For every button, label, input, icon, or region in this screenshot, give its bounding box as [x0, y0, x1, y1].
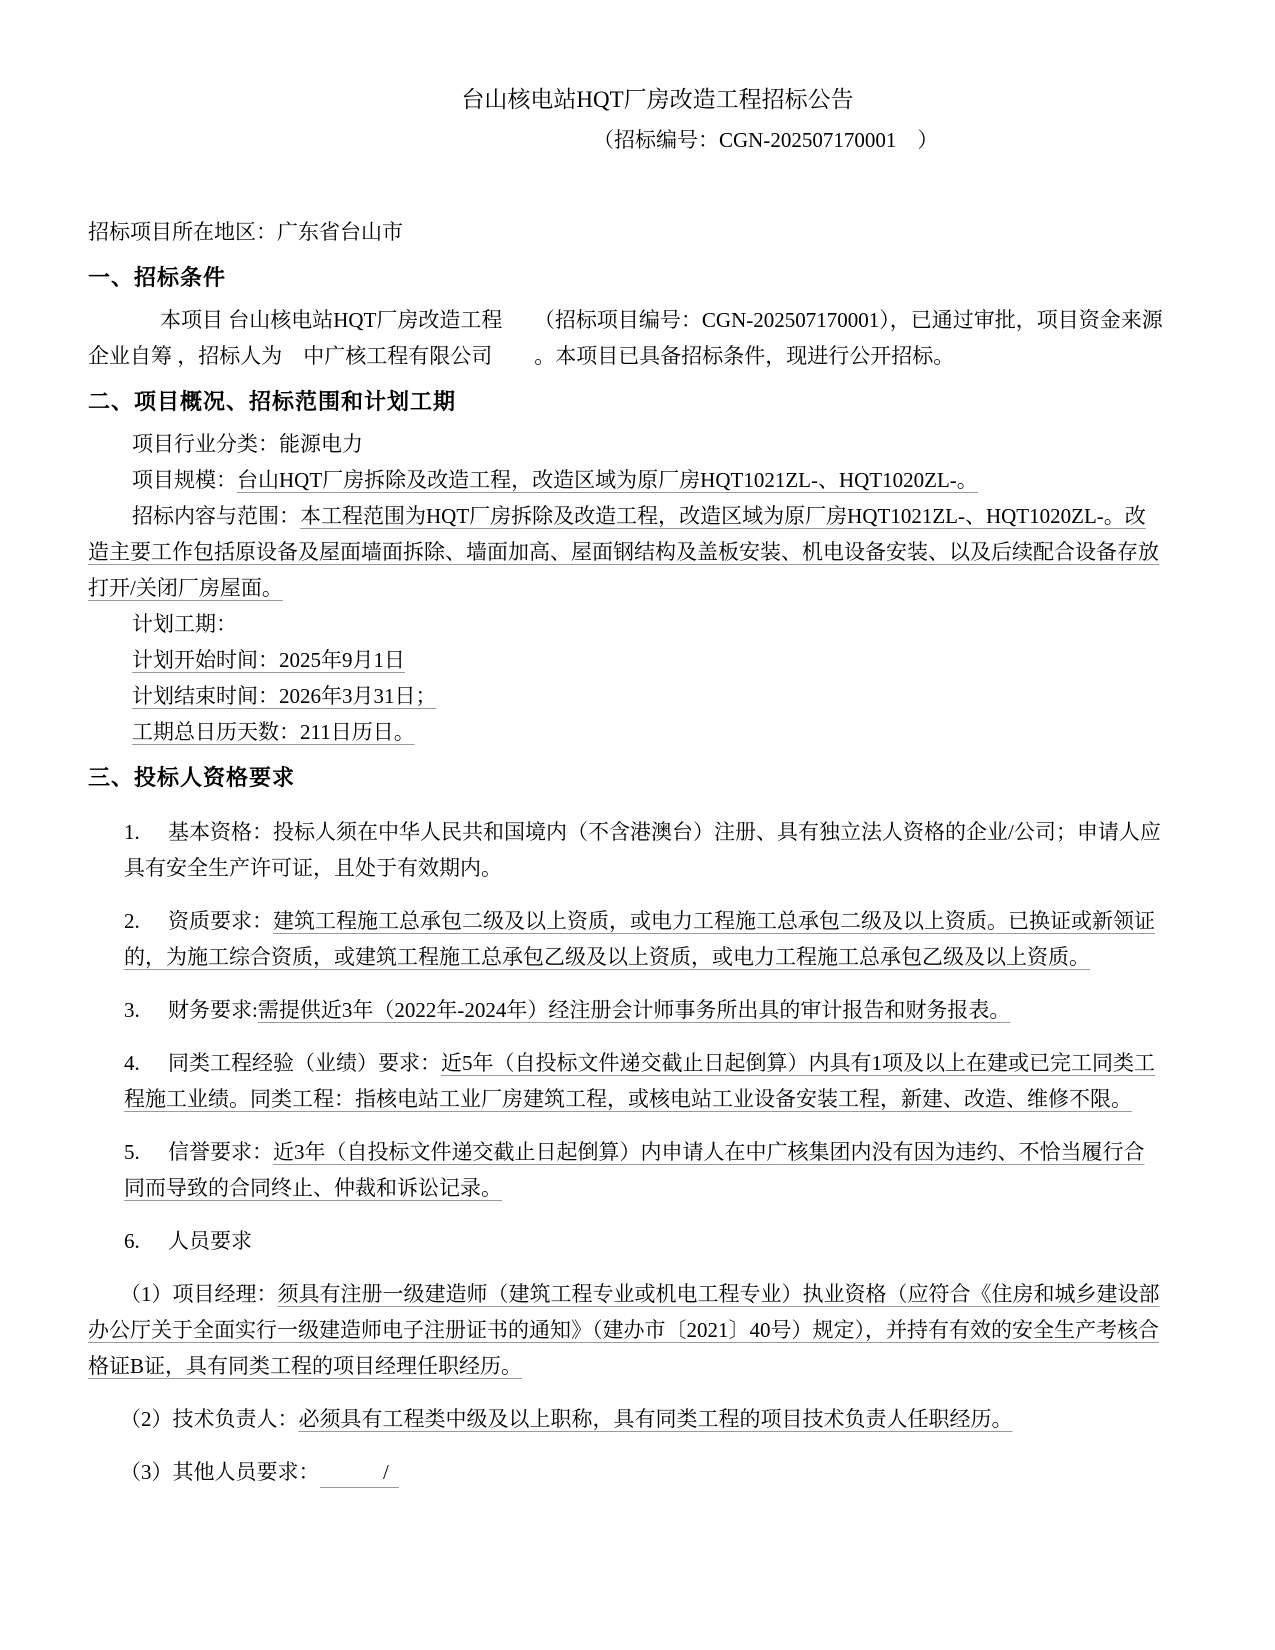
plan-duration-label: 计划工期： [88, 606, 1163, 642]
personnel-value: / [320, 1457, 400, 1488]
tender-scope-line: 招标内容与范围：本工程范围为HQT厂房拆除及改造工程，改造区域为原厂房HQT10… [88, 498, 1163, 606]
personnel-label: （1）项目经理： [120, 1282, 278, 1306]
requirement-item-personnel: 6.人员要求 [124, 1223, 1163, 1259]
requirement-item-reputation: 5.信誉要求：近3年（自投标文件递交截止日起倒算）内申请人在中广核集团内没有因为… [124, 1134, 1163, 1206]
project-scale-line: 项目规模：台山HQT厂房拆除及改造工程，改造区域为原厂房HQT1021ZL-、H… [88, 462, 1163, 498]
section-1-paragraph: 本项目 台山核电站HQT厂房改造工程 （招标项目编号：CGN-202507170… [88, 302, 1163, 374]
project-scale-label: 项目规模： [132, 468, 237, 492]
project-location-line: 招标项目所在地区：广东省台山市 [88, 214, 1163, 250]
item-label: 基本资格： [168, 820, 273, 844]
item-value: 近3年（自投标文件递交截止日起倒算）内申请人在中广核集团内没有因为违约、不恰当履… [124, 1140, 1145, 1200]
tender-scope-label: 招标内容与范围： [132, 504, 300, 528]
document-page: 台山核电站HQT厂房改造工程招标公告 （招标编号：CGN-20250717000… [0, 0, 1275, 1650]
plan-total-days-line: 工期总日历天数：211日历日。 [88, 714, 1163, 750]
personnel-item-technical-lead: （2）技术负责人：必须具有工程类中级及以上职称，具有同类工程的项目技术负责人任职… [88, 1401, 1163, 1437]
document-title: 台山核电站HQT厂房改造工程招标公告 [88, 80, 1163, 120]
plan-start-line: 计划开始时间：2025年9月1日 [88, 642, 1163, 678]
item-label: 同类工程经验（业绩）要求： [168, 1051, 441, 1075]
item-value: 投标人须在中华人民共和国境内（不含港澳台）注册、具有独立法人资格的企业/公司；申… [124, 820, 1161, 880]
item-number: 6. [124, 1223, 168, 1259]
tender-number-line: （招标编号：CGN-202507170001 ） [593, 120, 1163, 160]
item-label: 资质要求： [168, 909, 273, 933]
section-3-heading: 三、投标人资格要求 [88, 759, 1163, 797]
personnel-item-project-manager: （1）项目经理：须具有注册一级建造师（建筑工程专业或机电工程专业）执业资格（应符… [88, 1276, 1163, 1384]
requirement-item-financial: 3.财务要求:需提供近3年（2022年-2024年）经注册会计师事务所出具的审计… [124, 992, 1163, 1028]
section-1-heading: 一、招标条件 [88, 259, 1163, 297]
item-label: 信誉要求： [168, 1140, 273, 1164]
item-number: 4. [124, 1045, 168, 1081]
industry-category-line: 项目行业分类：能源电力 [88, 426, 1163, 462]
plan-end-line: 计划结束时间：2026年3月31日； [88, 678, 1163, 714]
personnel-label: （2）技术负责人： [120, 1407, 299, 1431]
personnel-label: （3）其他人员要求： [120, 1460, 320, 1484]
item-value: 建筑工程施工总承包二级及以上资质，或电力工程施工总承包二级及以上资质。已换证或新… [124, 909, 1155, 969]
personnel-value: 必须具有工程类中级及以上职称，具有同类工程的项目技术负责人任职经历。 [299, 1407, 1013, 1431]
personnel-item-other: （3）其他人员要求： / [88, 1454, 1163, 1490]
item-number: 3. [124, 992, 168, 1028]
section-2-heading: 二、项目概况、招标范围和计划工期 [88, 383, 1163, 421]
item-number: 1. [124, 814, 168, 850]
project-scale-value: 台山HQT厂房拆除及改造工程，改造区域为原厂房HQT1021ZL-、HQT102… [237, 468, 978, 492]
item-label: 财务要求: [168, 998, 258, 1022]
item-number: 2. [124, 903, 168, 939]
requirement-item-experience: 4.同类工程经验（业绩）要求：近5年（自投标文件递交截止日起倒算）内具有1项及以… [124, 1045, 1163, 1117]
item-label: 人员要求 [168, 1229, 252, 1253]
requirement-item-qualification: 2.资质要求：建筑工程施工总承包二级及以上资质，或电力工程施工总承包二级及以上资… [124, 903, 1163, 975]
item-number: 5. [124, 1134, 168, 1170]
item-value: 需提供近3年（2022年-2024年）经注册会计师事务所出具的审计报告和财务报表… [258, 998, 1011, 1022]
requirement-item-basic: 1.基本资格：投标人须在中华人民共和国境内（不含港澳台）注册、具有独立法人资格的… [124, 814, 1163, 886]
